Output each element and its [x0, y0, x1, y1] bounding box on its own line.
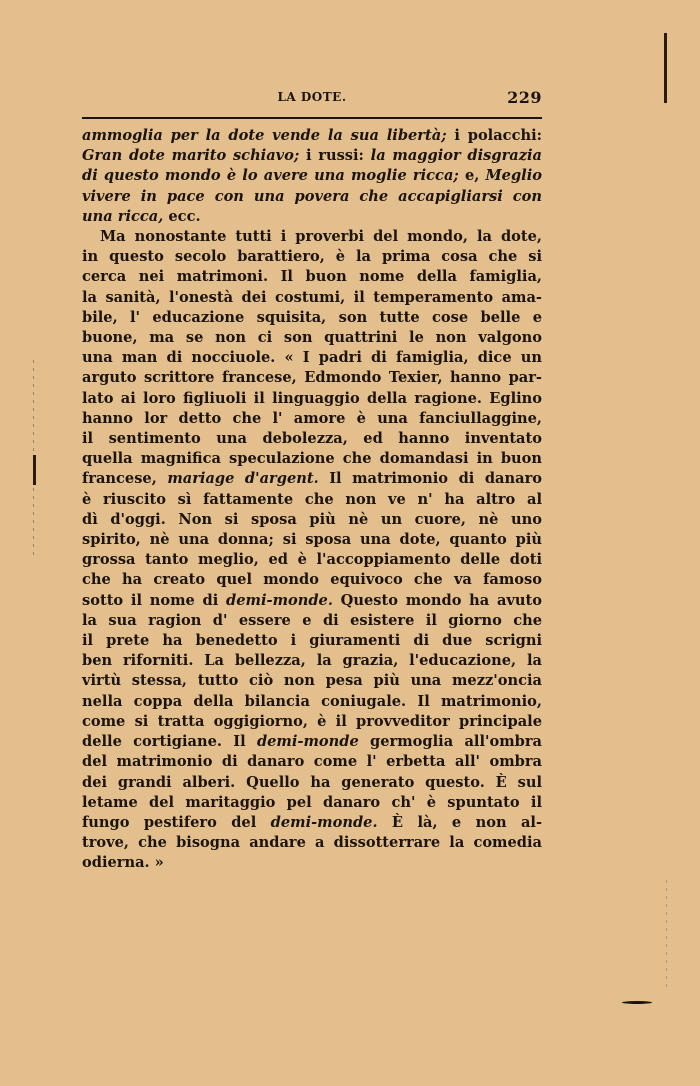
text-segment: Il matrimonio di danaro — [319, 470, 542, 487]
text-segment: è riuscito sì fattamente che non ve n' h… — [82, 491, 542, 508]
text-segment: la sanità, l'onestà dei costumi, il temp… — [82, 289, 542, 306]
text-segment: in questo secolo barattiero, è la prima … — [82, 248, 542, 265]
text-line: del matrimonio di danaro come l' erbetta… — [82, 752, 542, 772]
text-segment: nella coppa della bilancia coniugale. Il… — [82, 693, 542, 710]
italic-segment: Gran dote marito schiavo; — [82, 147, 299, 164]
text-line: Gran dote marito schiavo; i russi: la ma… — [82, 146, 542, 166]
text-line: come si tratta oggigiorno, è il provvedi… — [82, 712, 542, 732]
text-line: in questo secolo barattiero, è la prima … — [82, 247, 542, 267]
text-segment: delle cortigiane. Il — [82, 733, 257, 750]
text-segment: fungo pestifero del — [82, 814, 271, 831]
text-segment: cerca nei matrimoni. Il buon nome della … — [82, 268, 542, 285]
text-segment: una man di nocciuole. « I padri di famig… — [82, 349, 542, 366]
text-line: buone, ma se non ci son quattrini le non… — [82, 328, 542, 348]
text-segment: i russi: — [299, 147, 370, 164]
text-segment: Ma nonostante tutti i proverbi del mondo… — [100, 228, 542, 245]
text-segment: ecc. — [163, 208, 200, 225]
text-segment: sotto il nome di — [82, 592, 226, 609]
text-line: spirito, nè una donna; si sposa una dote… — [82, 530, 542, 550]
text-line: è riuscito sì fattamente che non ve n' h… — [82, 490, 542, 510]
page-number: 229 — [507, 88, 542, 107]
running-title: LA DOTE. — [82, 90, 542, 104]
italic-segment: vivere in pace con una povera che accapi… — [82, 188, 542, 205]
text-line: grossa tanto meglio, ed è l'accoppiament… — [82, 550, 542, 570]
text-line: delle cortigiane. Il demi-monde germogli… — [82, 732, 542, 752]
text-line: che ha creato quel mondo equivoco che va… — [82, 570, 542, 590]
binding-mark — [33, 455, 36, 485]
text-line: vivere in pace con una povera che accapi… — [82, 187, 542, 207]
text-line: ammoglia per la dote vende la sua libert… — [82, 126, 542, 146]
header-rule — [82, 117, 542, 119]
text-line: la sua ragion d' essere e di esistere il… — [82, 611, 542, 631]
text-segment: quella magnifica speculazione che domand… — [82, 450, 542, 467]
text-segment: grossa tanto meglio, ed è l'accoppiament… — [82, 551, 542, 568]
body-text: ammoglia per la dote vende la sua libert… — [82, 126, 542, 874]
text-segment: arguto scrittore francese, Edmondo Texie… — [82, 369, 542, 386]
text-line: nella coppa della bilancia coniugale. Il… — [82, 692, 542, 712]
italic-segment: demi-monde — [257, 733, 359, 750]
text-line: una man di nocciuole. « I padri di famig… — [82, 348, 542, 368]
text-line: Ma nonostante tutti i proverbi del mondo… — [82, 227, 542, 247]
text-segment: e, — [459, 167, 486, 184]
text-segment: odierna. » — [82, 854, 164, 871]
text-line: trove, che bisogna andare a dissotterrar… — [82, 833, 542, 853]
text-line: virtù stessa, tutto ciò non pesa più una… — [82, 671, 542, 691]
italic-segment: una ricca, — [82, 208, 163, 225]
italic-segment: demi-monde. — [271, 814, 378, 831]
text-line: di questo mondo è lo avere una moglie ri… — [82, 166, 542, 186]
text-line: hanno lor detto che l' amore è una fanci… — [82, 409, 542, 429]
text-segment: trove, che bisogna andare a dissotterrar… — [82, 834, 542, 851]
italic-segment: demi-monde. — [226, 592, 333, 609]
text-segment: buone, ma se non ci son quattrini le non… — [82, 329, 542, 346]
text-segment: la sua ragion d' essere e di esistere il… — [82, 612, 542, 629]
text-segment: come si tratta oggigiorno, è il provvedi… — [82, 713, 542, 730]
text-line: il sentimento una debolezza, ed hanno in… — [82, 429, 542, 449]
text-line: una ricca, ecc. — [82, 207, 542, 227]
text-segment: Questo mondo ha avuto — [333, 592, 542, 609]
edge-mark — [664, 33, 667, 103]
text-line: dì d'oggi. Non si sposa più nè un cuore,… — [82, 510, 542, 530]
text-segment: È là, e non al- — [378, 814, 542, 831]
text-line: dei grandi alberi. Quello ha generato qu… — [82, 773, 542, 793]
text-segment: hanno lor detto che l' amore è una fanci… — [82, 410, 542, 427]
text-segment: ben riforniti. La bellezza, la grazia, l… — [82, 652, 542, 669]
page-header: LA DOTE. 229 — [82, 88, 542, 108]
text-segment: del matrimonio di danaro come l' erbetta… — [82, 753, 542, 770]
text-line: il prete ha benedetto i giuramenti di du… — [82, 631, 542, 651]
text-segment: il sentimento una debolezza, ed hanno in… — [82, 430, 542, 447]
text-segment: germoglia all'ombra — [359, 733, 542, 750]
text-segment: che ha creato quel mondo equivoco che va… — [82, 571, 542, 588]
edge-mark — [666, 880, 667, 990]
text-line: arguto scrittore francese, Edmondo Texie… — [82, 368, 542, 388]
italic-segment: mariage d'argent. — [167, 470, 318, 487]
text-segment: i polacchi: — [447, 127, 542, 144]
italic-segment: ammoglia per la dote vende la sua libert… — [82, 127, 447, 144]
text-segment: dei grandi alberi. Quello ha generato qu… — [82, 774, 542, 791]
text-segment: letame del maritaggio pel danaro ch' è s… — [82, 794, 542, 811]
text-line: odierna. » — [82, 853, 542, 873]
text-segment: lato ai loro figliuoli il linguaggio del… — [82, 390, 542, 407]
text-segment: virtù stessa, tutto ciò non pesa più una… — [82, 672, 542, 689]
edge-mark — [622, 1001, 652, 1004]
text-segment: spirito, nè una donna; si sposa una dote… — [82, 531, 542, 548]
text-segment: francese, — [82, 470, 167, 487]
text-line: letame del maritaggio pel danaro ch' è s… — [82, 793, 542, 813]
text-line: la sanità, l'onestà dei costumi, il temp… — [82, 288, 542, 308]
text-line: ben riforniti. La bellezza, la grazia, l… — [82, 651, 542, 671]
text-line: cerca nei matrimoni. Il buon nome della … — [82, 267, 542, 287]
text-segment: dì d'oggi. Non si sposa più nè un cuore,… — [82, 511, 542, 528]
text-line: bile, l' educazione squisita, son tutte … — [82, 308, 542, 328]
text-line: sotto il nome di demi-monde. Questo mond… — [82, 591, 542, 611]
italic-segment: di questo mondo è lo avere una moglie ri… — [82, 167, 459, 184]
text-line: fungo pestifero del demi-monde. È là, e … — [82, 813, 542, 833]
text-line: quella magnifica speculazione che domand… — [82, 449, 542, 469]
text-segment: il prete ha benedetto i giuramenti di du… — [82, 632, 542, 649]
italic-segment: Meglio — [486, 167, 542, 184]
text-line: francese, mariage d'argent. Il matrimoni… — [82, 469, 542, 489]
italic-segment: la maggior disgrazia — [371, 147, 542, 164]
text-segment: bile, l' educazione squisita, son tutte … — [82, 309, 542, 326]
text-line: lato ai loro figliuoli il linguaggio del… — [82, 389, 542, 409]
